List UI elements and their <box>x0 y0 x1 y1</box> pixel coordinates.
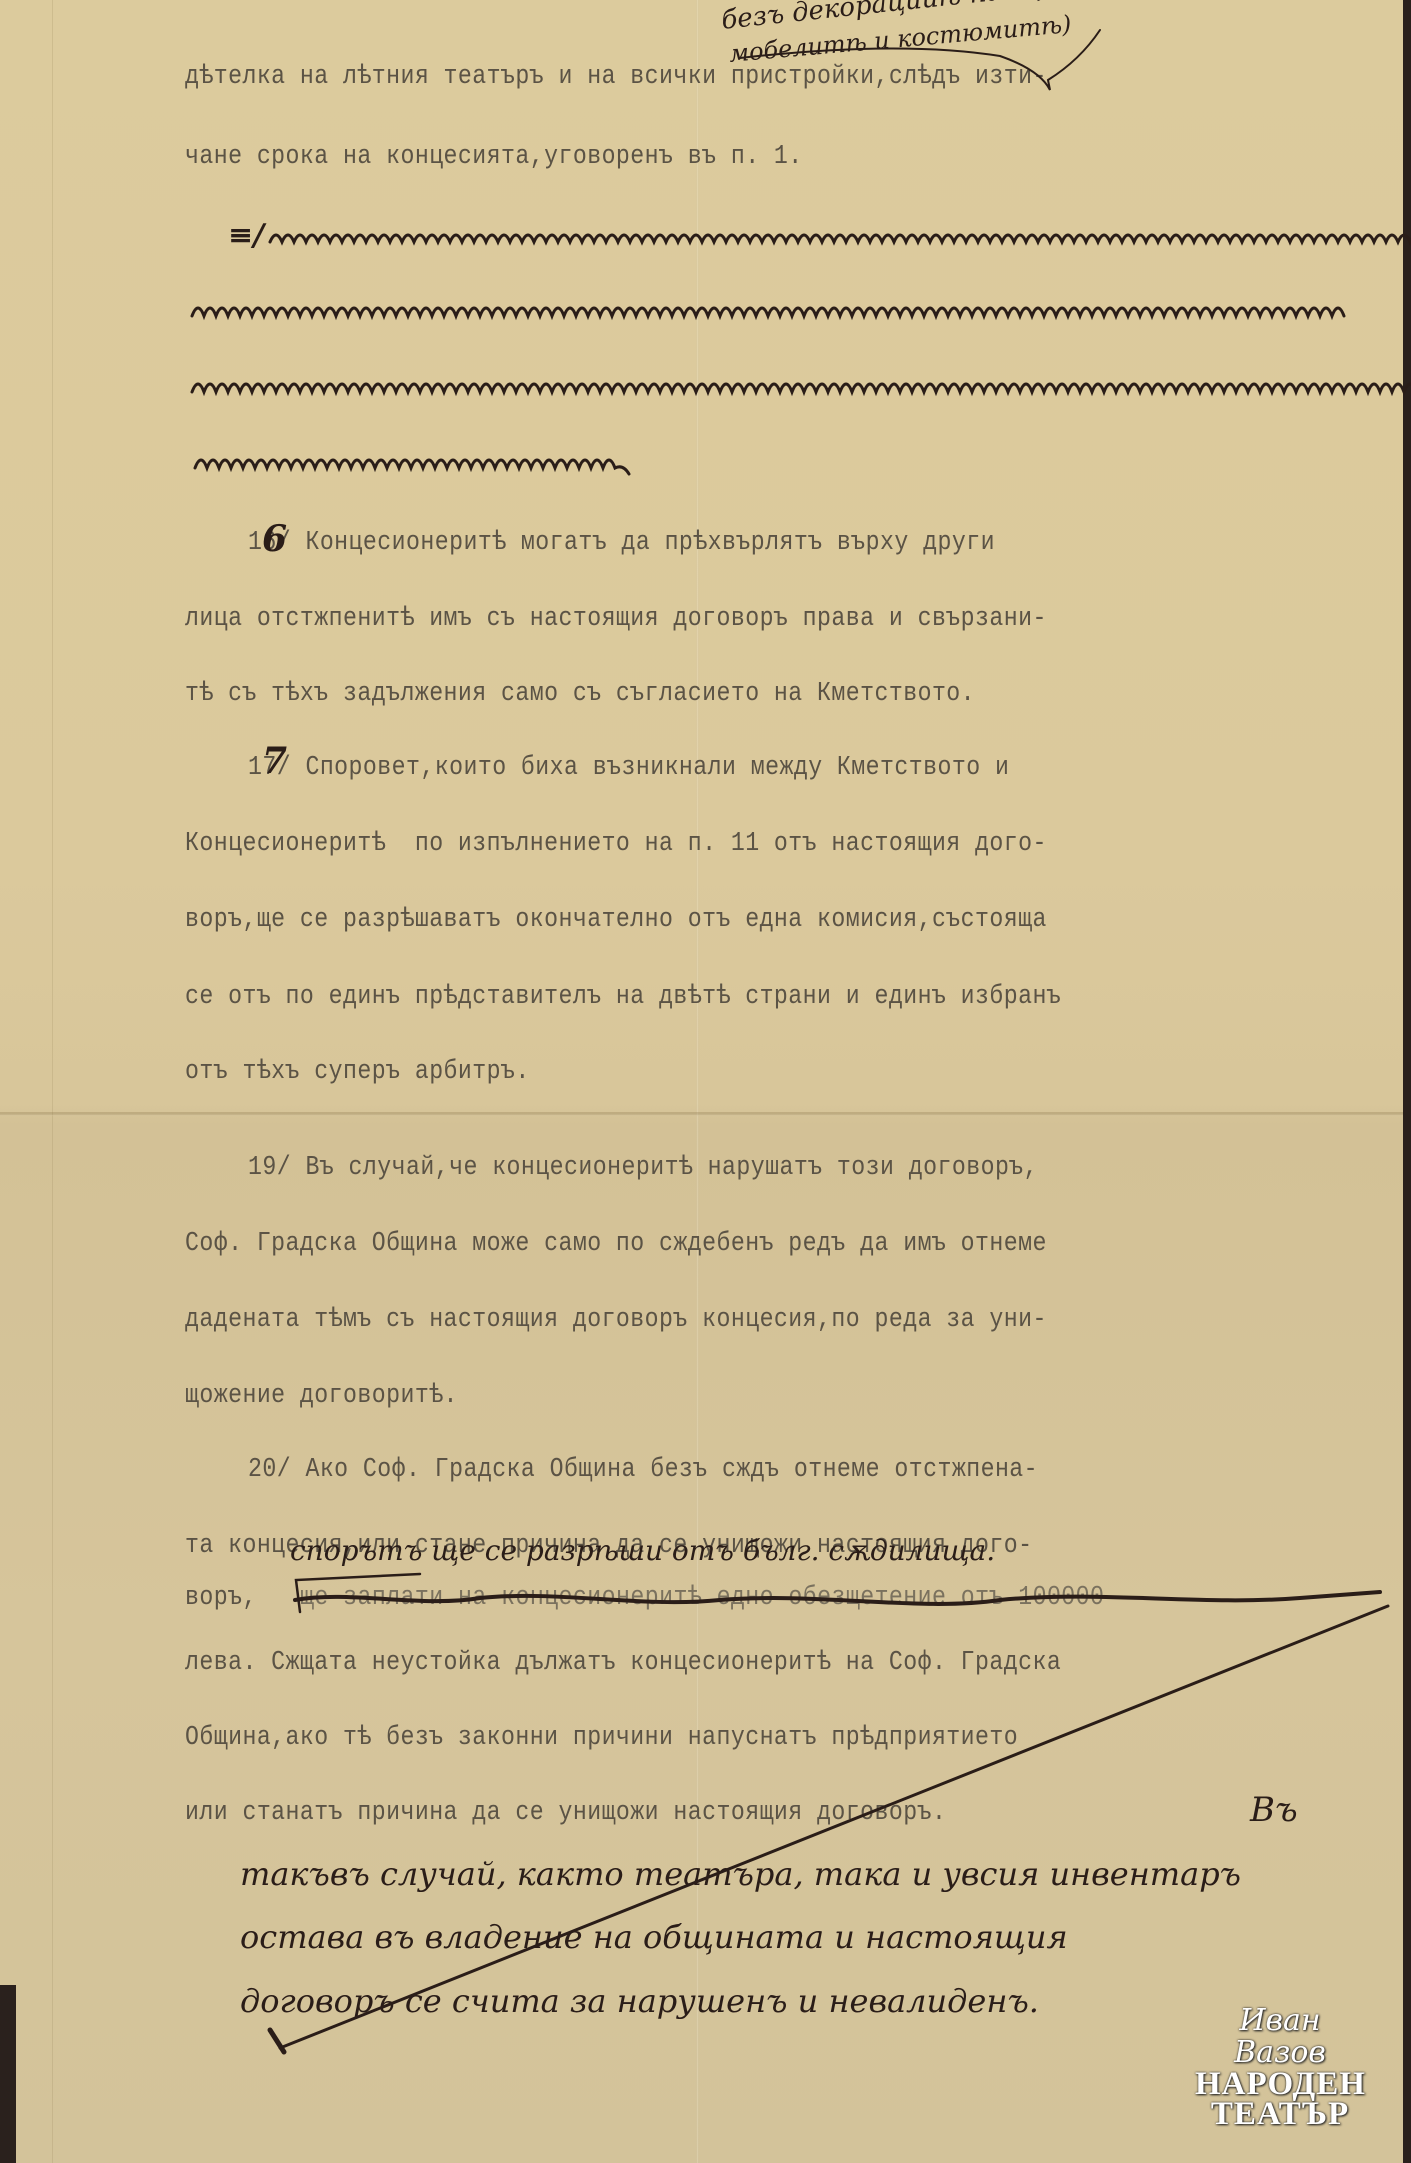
national-theatre-logo: Иван Вазов НАРОДЕН ТЕАТЪР <box>1195 2005 1365 2129</box>
scribble-line-3 <box>192 384 1411 392</box>
logo-line1: НАРОДЕН <box>1195 2069 1365 2099</box>
insertion-caret <box>740 30 1100 90</box>
scribble-line-1 <box>270 235 1411 242</box>
diagonal-end-tick <box>270 2030 284 2052</box>
strike-through-line <box>295 1592 1380 1604</box>
insertion-mark <box>296 1574 420 1612</box>
logo-line2: ТЕАТЪР <box>1195 2099 1365 2129</box>
scribble-line-2 <box>192 308 1344 316</box>
diagonal-cross-out <box>280 1606 1388 2048</box>
ink-strokes <box>0 0 1411 2163</box>
scribble-line-4 <box>195 460 629 474</box>
logo-signature: Иван Вазов <box>1195 2005 1365 2069</box>
